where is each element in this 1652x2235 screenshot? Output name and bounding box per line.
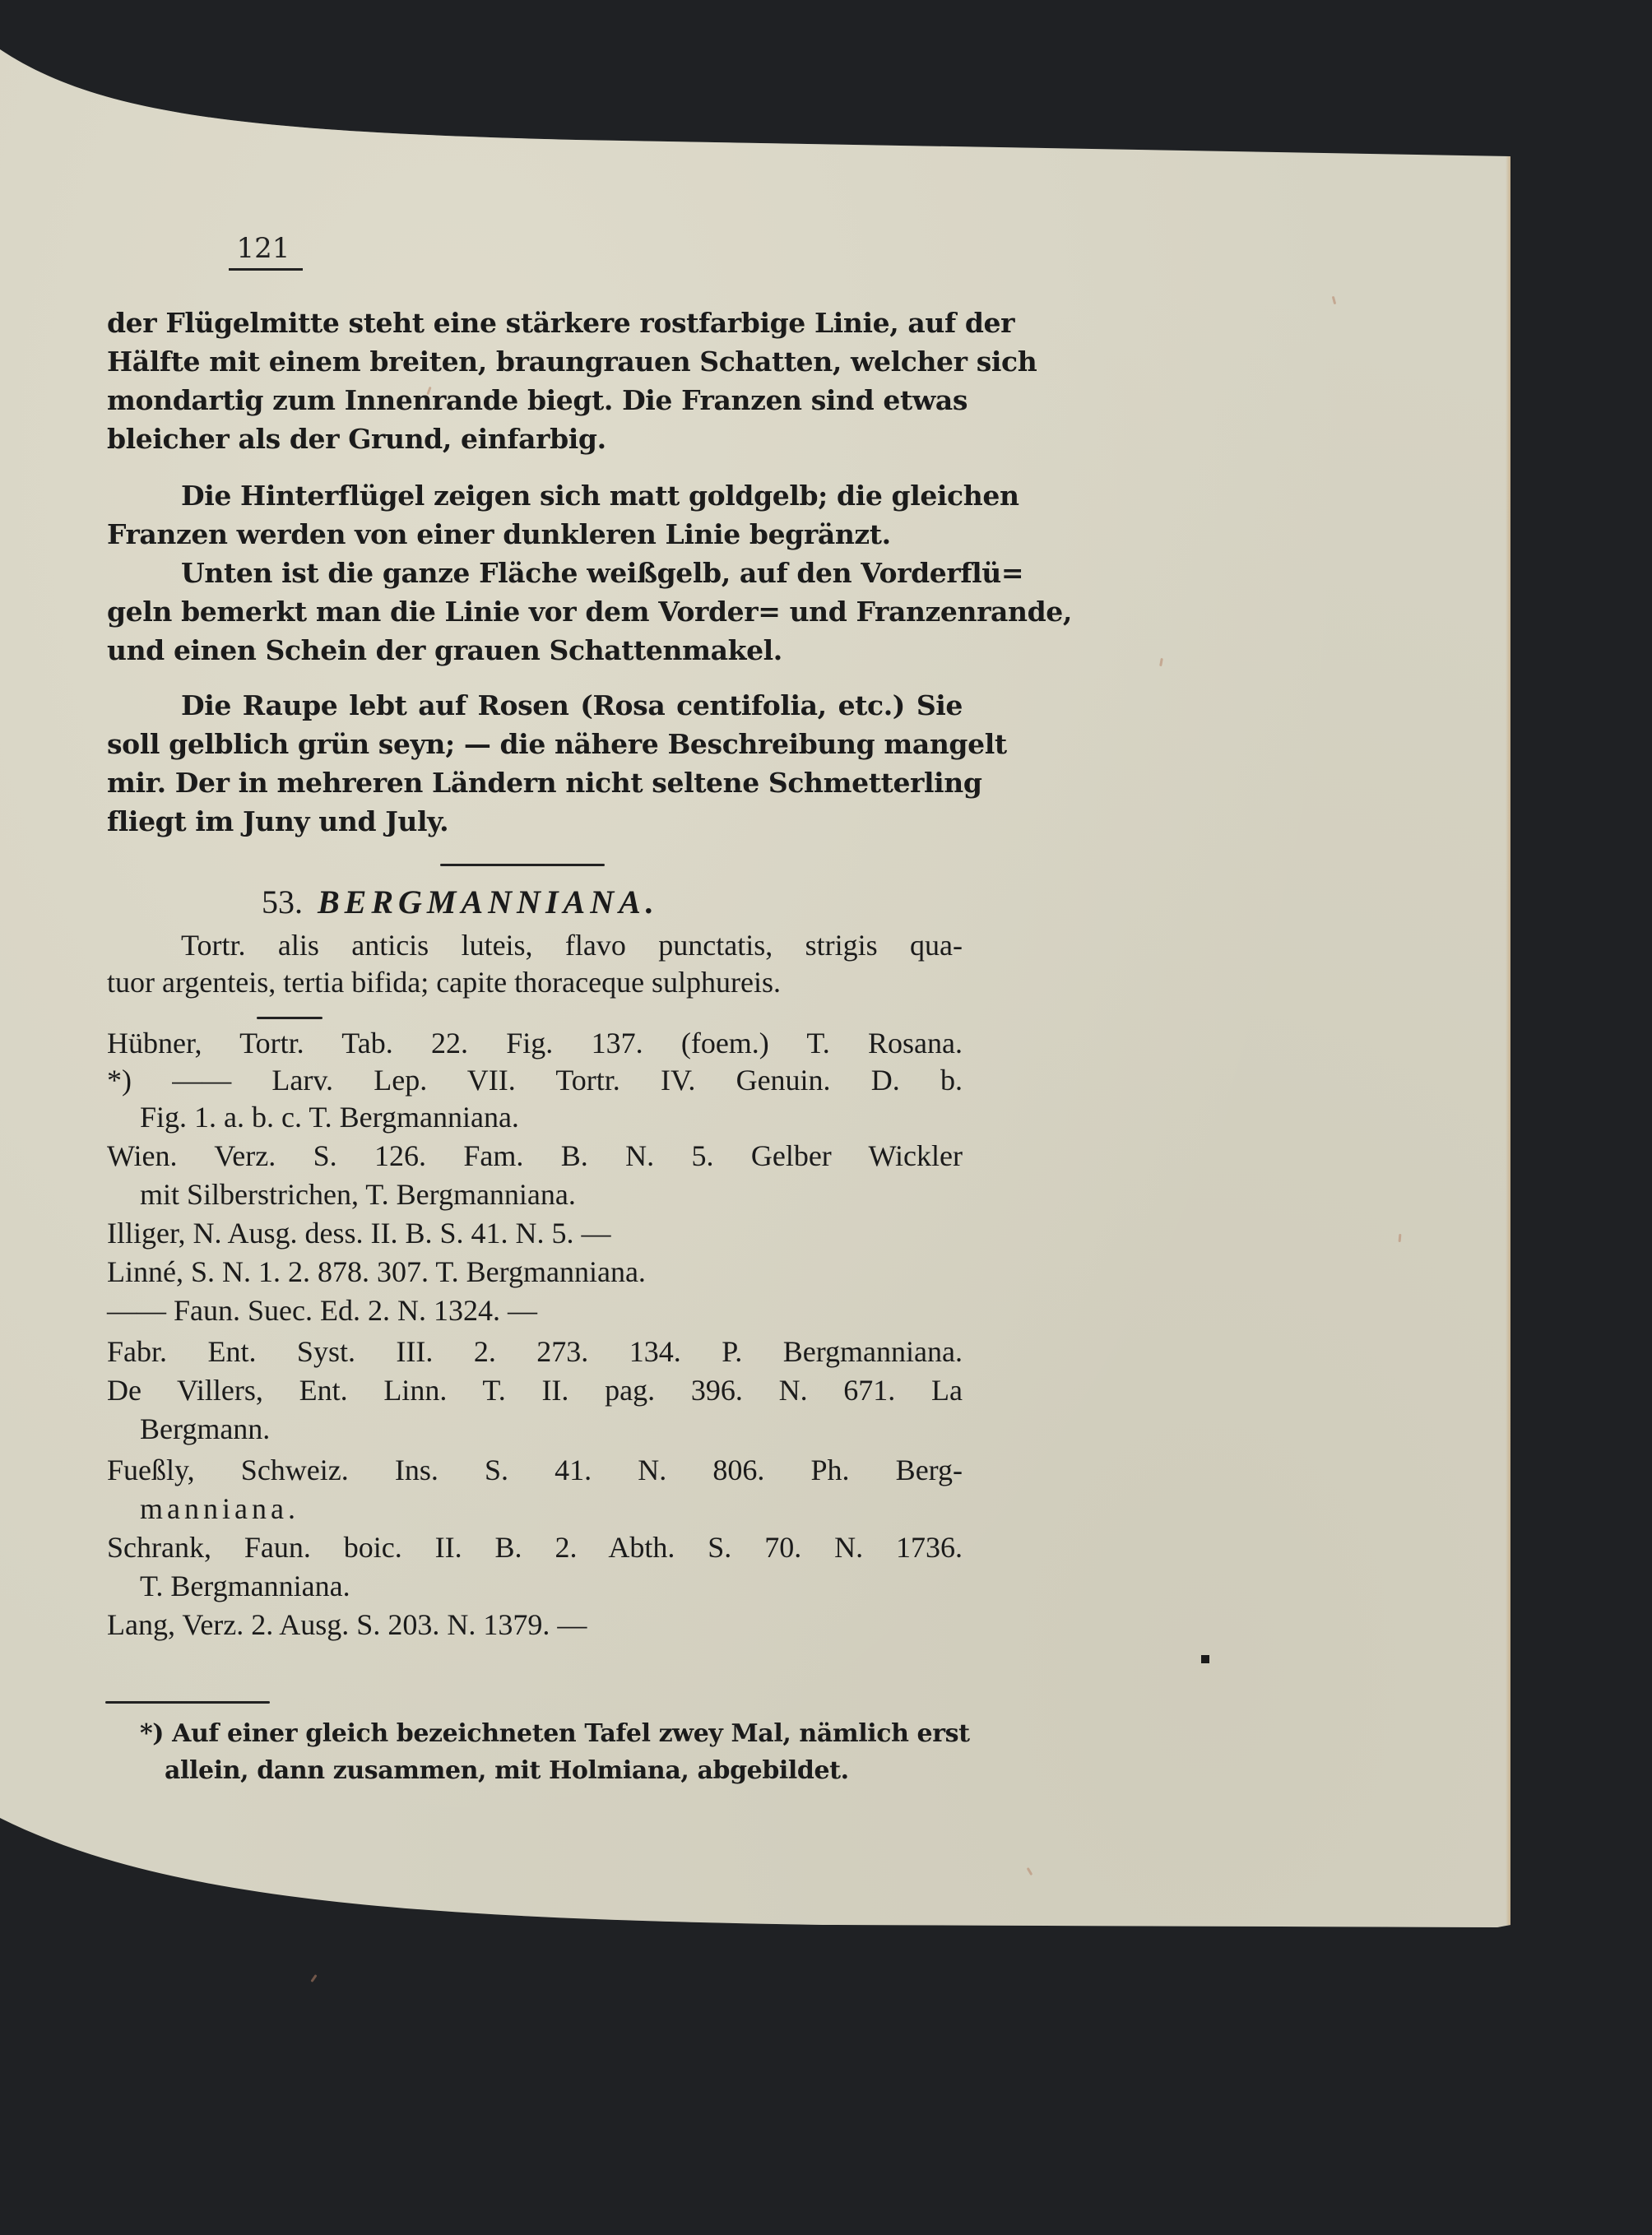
reference-line: Lang, Verz. 2. Ausg. S. 203. N. 1379. —: [107, 1606, 963, 1644]
reference-line: Fueßly, Schweiz. Ins. S. 41. N. 806. Ph.…: [107, 1451, 963, 1489]
diagnosis-line: tuor argenteis, tertia bifida; capite th…: [107, 963, 963, 1001]
body-line: soll gelblich grün seyn; — die nähere Be…: [107, 726, 963, 763]
footnote-line: *) Auf einer gleich bezeichneten Tafel z…: [107, 1715, 963, 1753]
reference-line: Hübner, Tortr. Tab. 22. Fig. 137. (foem.…: [107, 1024, 963, 1062]
body-line: Hälfte mit einem breiten, braungrauen Sc…: [107, 343, 963, 381]
ink-mark: [1201, 1655, 1209, 1663]
body-line: und einen Schein der grauen Schattenmake…: [107, 632, 963, 670]
reference-line: T. Bergmanniana.: [107, 1567, 963, 1605]
footnote-rule: [105, 1701, 270, 1704]
reference-line: Linné, S. N. 1. 2. 878. 307. T. Bergmann…: [107, 1253, 963, 1291]
reference-line: De Villers, Ent. Linn. T. II. pag. 396. …: [107, 1371, 963, 1409]
reference-line: manniana.: [107, 1490, 963, 1528]
reference-line: Fabr. Ent. Syst. III. 2. 273. 134. P. Be…: [107, 1333, 963, 1370]
body-line: mir. Der in mehreren Ländern nicht selte…: [107, 764, 963, 802]
reference-line: Illiger, N. Ausg. dess. II. B. S. 41. N.…: [107, 1214, 963, 1252]
body-line: Unten ist die ganze Fläche weißgelb, auf…: [107, 554, 963, 592]
body-line: mondartig zum Innenrande biegt. Die Fran…: [107, 382, 963, 420]
species-number: 53.: [262, 883, 303, 920]
species-name: BERGMANNIANA.: [318, 883, 659, 920]
reference-line: *) —— Larv. Lep. VII. Tortr. IV. Genuin.…: [107, 1061, 963, 1099]
page-number-rule: [229, 268, 303, 271]
diagnosis-line: Tortr. alis anticis luteis, flavo puncta…: [107, 926, 963, 964]
footnote-line: allein, dann zusammen, mit Holmiana, abg…: [107, 1752, 963, 1790]
paper-speck: [310, 1974, 317, 1982]
body-line: geln bemerkt man die Linie vor dem Vorde…: [107, 593, 963, 631]
body-line: der Flügelmitte steht eine stärkere rost…: [107, 304, 963, 342]
reference-line: Schrank, Faun. boic. II. B. 2. Abth. S. …: [107, 1528, 963, 1566]
body-line: Die Hinterflügel zeigen sich matt goldge…: [107, 477, 963, 515]
diagnosis-rule: [257, 1017, 323, 1019]
body-line: fliegt im Juny und July.: [107, 803, 963, 841]
page-number: 121: [224, 232, 303, 265]
reference-line: —— Faun. Suec. Ed. 2. N. 1324. —: [107, 1291, 963, 1329]
reference-line: Wien. Verz. S. 126. Fam. B. N. 5. Gelber…: [107, 1137, 963, 1175]
page-edge: [1506, 156, 1510, 1925]
body-line: bleicher als der Grund, einfarbig.: [107, 420, 963, 458]
reference-line: Fig. 1. a. b. c. T. Bergmanniana.: [107, 1098, 963, 1136]
body-line: Franzen werden von einer dunkleren Linie…: [107, 516, 963, 554]
section-rule: [440, 864, 605, 866]
reference-line: Bergmann.: [107, 1410, 963, 1448]
species-heading: 53.BERGMANNIANA.: [262, 883, 659, 921]
reference-line: mit Silberstrichen, T. Bergmanniana.: [107, 1175, 963, 1213]
body-line: Die Raupe lebt auf Rosen (Rosa centifoli…: [107, 687, 963, 725]
